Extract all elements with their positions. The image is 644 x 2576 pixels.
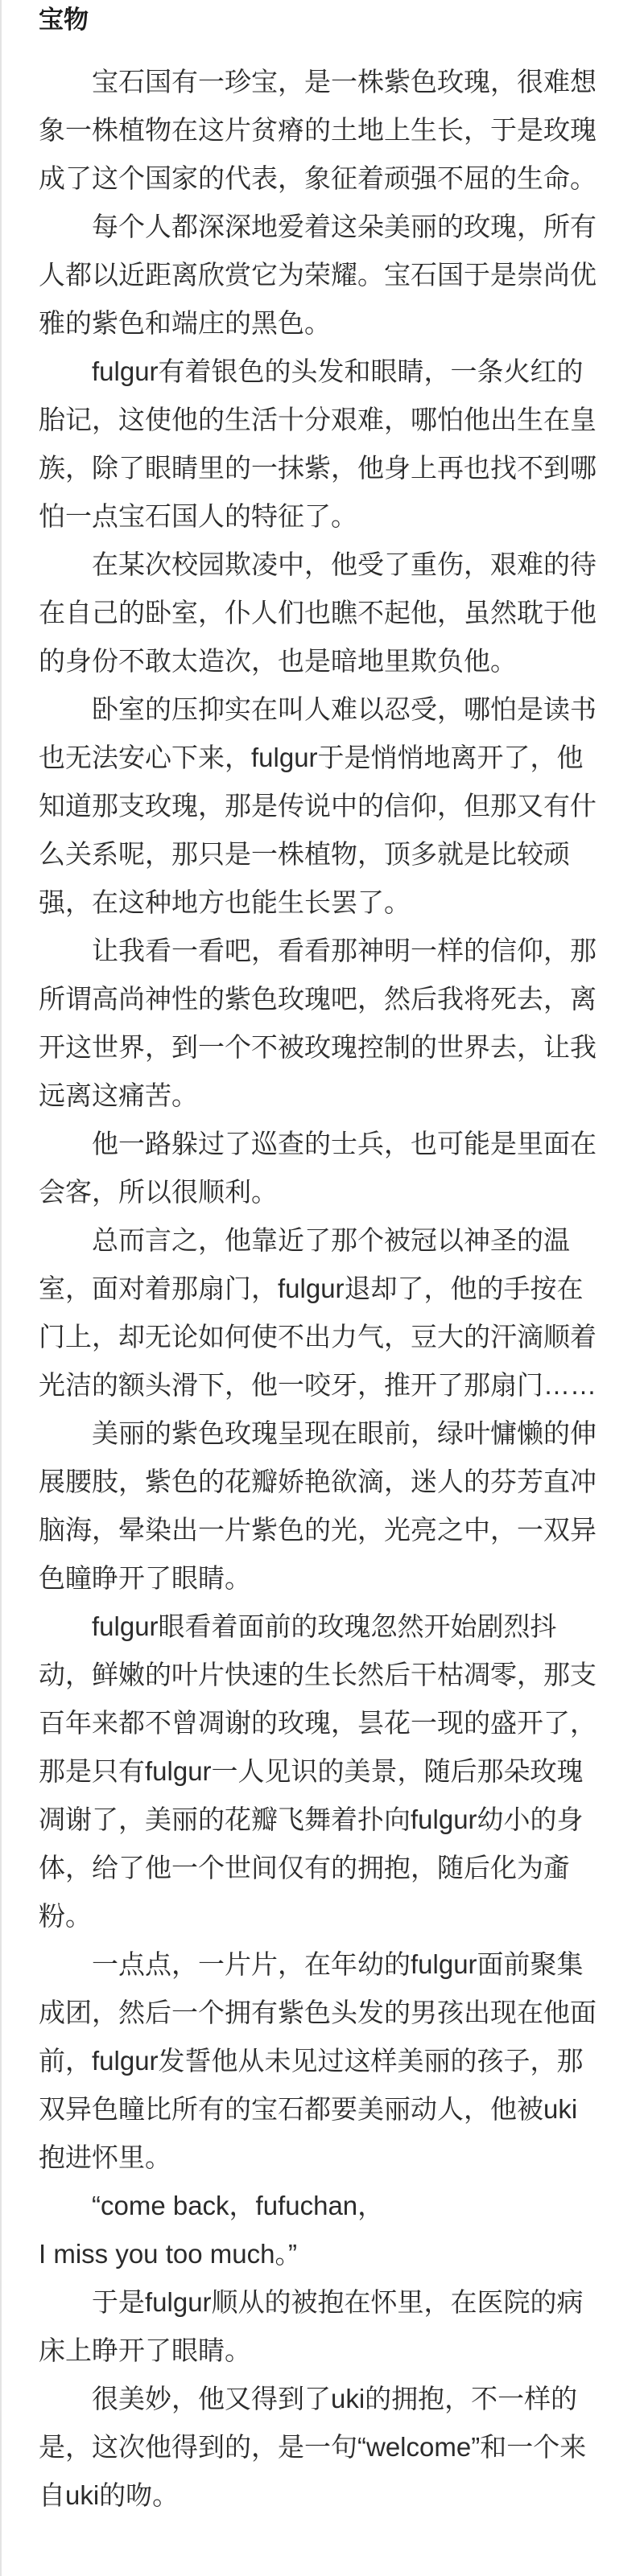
story-paragraph: 让我看一看吧，看看那神明一样的信仰，那所谓高尚神性的紫色玫瑰吧，然后我将死去，离… [39, 927, 604, 1120]
story-paragraph: 宝石国有一珍宝，是一株紫色玫瑰，很难想象一株植物在这片贫瘠的土地上生长，于是玫瑰… [39, 58, 604, 203]
story-paragraph: 总而言之，他靠近了那个被冠以神圣的温室，面对着那扇门，fulgur退却了，他的手… [39, 1216, 604, 1409]
story-paragraph: 每个人都深深地爱着这朵美丽的玫瑰，所有人都以近距离欣赏它为荣耀。宝石国于是崇尚优… [39, 203, 604, 348]
quote-line-1: “come back，fufuchan， [92, 2191, 384, 2220]
story-paragraph: fulgur有着银色的头发和眼睛，一条火红的胎记，这使他的生活十分艰难，哪怕他出… [39, 348, 604, 541]
story-paragraph: 卧室的压抑实在叫人难以忍受，哪怕是读书也无法安心下来，fulgur于是悄悄地离开… [39, 685, 604, 927]
story-paragraph: 一点点，一片片，在年幼的fulgur面前聚集成团，然后一个拥有紫色头发的男孩出现… [39, 1940, 604, 2182]
story-paragraph: 他一路躲过了巡查的士兵，也可能是里面在会客，所以很顺利。 [39, 1120, 604, 1216]
quote-line-2: I miss you too much。” [39, 2239, 297, 2269]
story-quote-paragraph: “come back，fufuchan，I miss you too much。… [39, 2182, 604, 2278]
story-paragraph: 在某次校园欺凌中，他受了重伤，艰难的待在自己的卧室，仆人们也瞧不起他，虽然耽于他… [39, 541, 604, 685]
reader-page: 宝物 宝石国有一珍宝，是一株紫色玫瑰，很难想象一株植物在这片贫瘠的土地上生长，于… [2, 5, 644, 2576]
page-title: 宝物 [39, 5, 604, 35]
story-body: 宝石国有一珍宝，是一株紫色玫瑰，很难想象一株植物在这片贫瘠的土地上生长，于是玫瑰… [39, 58, 604, 2520]
story-paragraph: 美丽的紫色玫瑰呈现在眼前，绿叶慵懒的伸展腰肢，紫色的花瓣娇艳欲滴，迷人的芬芳直冲… [39, 1409, 604, 1603]
story-paragraph: 于是fulgur顺从的被抱在怀里，在医院的病床上睁开了眼睛。 [39, 2278, 604, 2375]
story-paragraph: fulgur眼看着面前的玫瑰忽然开始剧烈抖动，鲜嫩的叶片快速的生长然后干枯凋零，… [39, 1603, 604, 1940]
story-paragraph: 很美妙，他又得到了uki的拥抱，不一样的是，这次他得到的，是一句“welcome… [39, 2375, 604, 2520]
